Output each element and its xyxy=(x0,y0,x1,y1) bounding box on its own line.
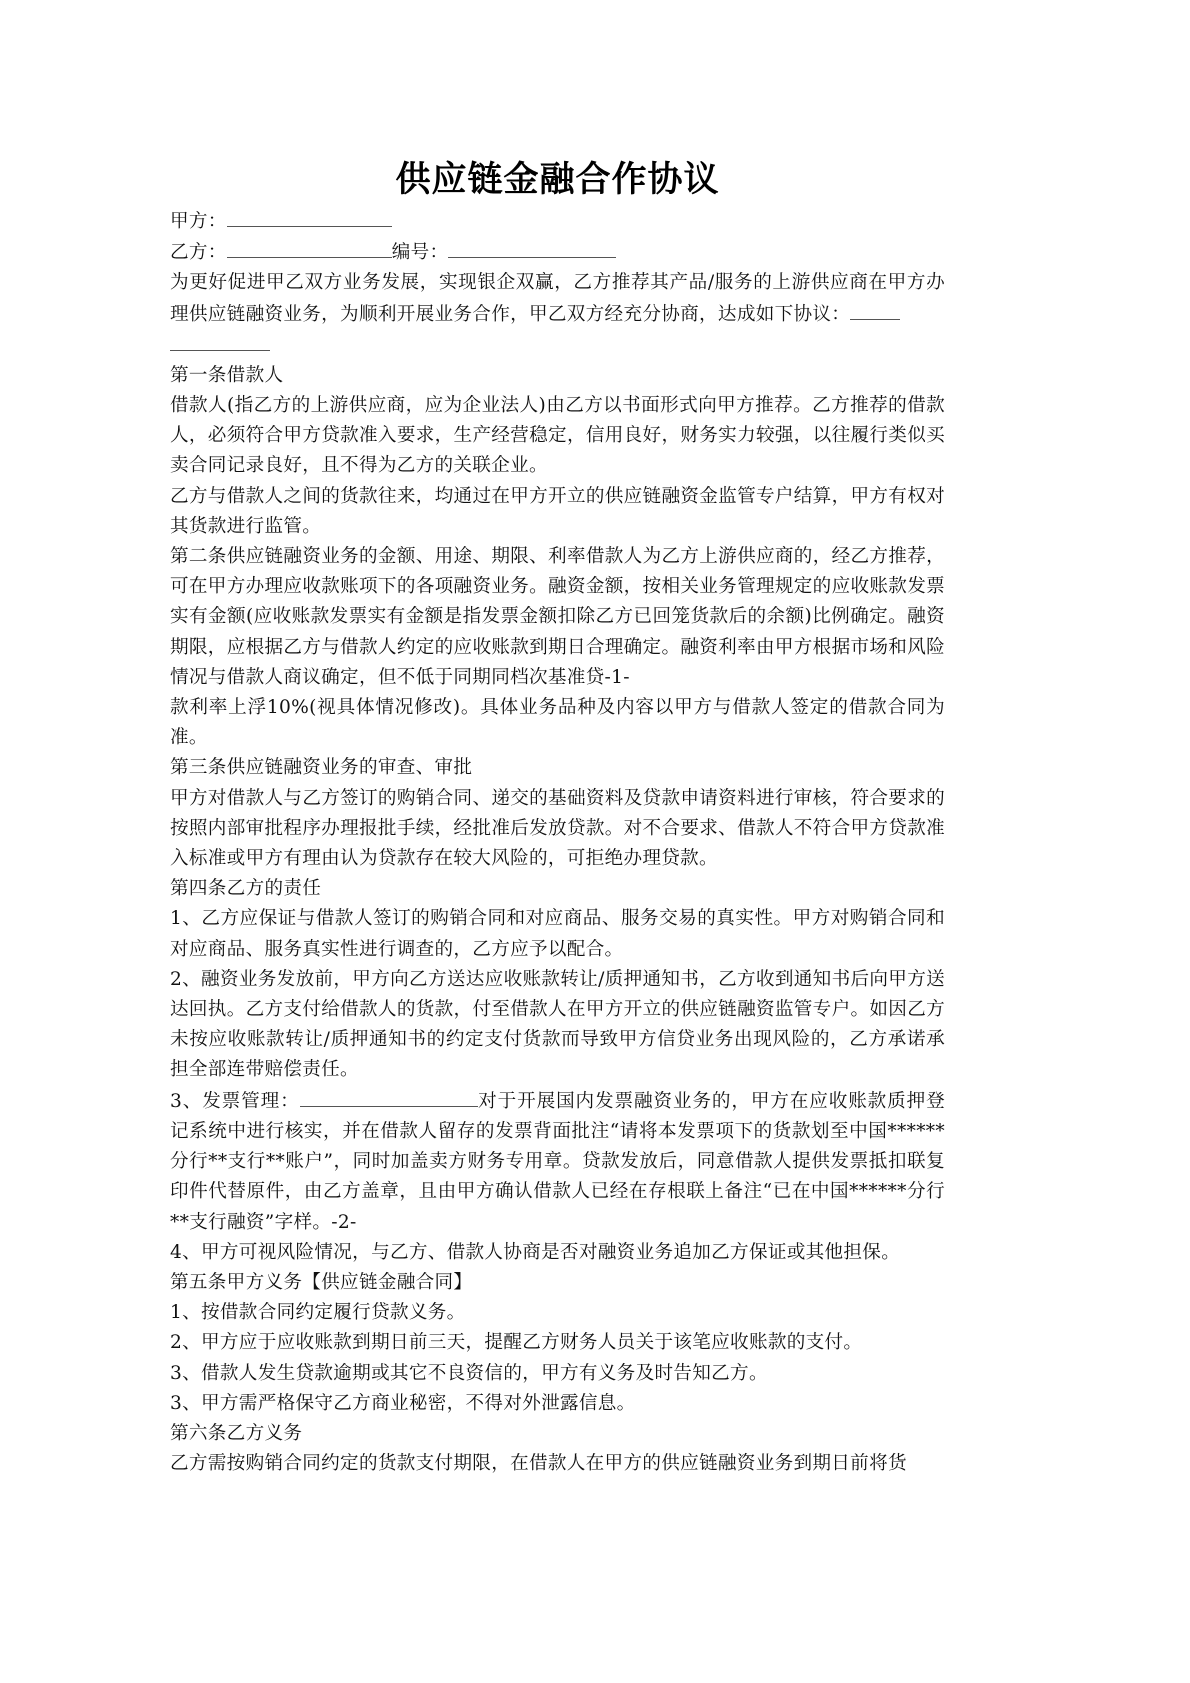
party-b-label: 乙方： xyxy=(170,242,227,263)
preamble-text: 为更好促进甲乙双方业务发展，实现银企双赢，乙方推荐其产品/服务的上游供应商在甲方… xyxy=(170,272,945,324)
section-3-paragraph-1: 甲方对借款人与乙方签订的购销合同、递交的基础资料及贷款申请资料进行审核，符合要求… xyxy=(170,784,945,875)
section-6-paragraph-1: 乙方需按购销合同约定的货款支付期限，在借款人在甲方的供应链融资业务到期日前将货 xyxy=(170,1449,945,1479)
party-a-line: 甲方： xyxy=(170,206,945,237)
section-5-item-1: 1、按借款合同约定履行贷款义务。 xyxy=(170,1298,945,1328)
invoice-blank[interactable] xyxy=(300,1086,478,1107)
party-a-label: 甲方： xyxy=(170,211,227,232)
number-label: 编号： xyxy=(392,242,449,263)
document-page: 供应链金融合作协议 甲方： 乙方：编号： 为更好促进甲乙双方业务发展，实现银企双… xyxy=(170,150,945,1479)
section-2-paragraph-1: 第二条供应链融资业务的金额、用途、期限、利率借款人为乙方上游供应商的，经乙方推荐… xyxy=(170,542,945,693)
section-6-heading: 第六条乙方义务 xyxy=(170,1419,945,1449)
section-5-heading: 第五条甲方义务【供应链金融合同】 xyxy=(170,1268,945,1298)
section-5-item-3: 3、借款人发生贷款逾期或其它不良资信的，甲方有义务及时告知乙方。 xyxy=(170,1359,945,1389)
party-b-line: 乙方：编号： xyxy=(170,237,945,268)
party-b-blank[interactable] xyxy=(227,237,392,258)
preamble: 为更好促进甲乙双方业务发展，实现银企双赢，乙方推荐其产品/服务的上游供应商在甲方… xyxy=(170,268,945,329)
preamble-blank[interactable] xyxy=(850,299,900,320)
document-title: 供应链金融合作协议 xyxy=(170,154,945,206)
section-2-heading: 第二条供应链融资业务的金额、用途、期限、利率 xyxy=(170,546,586,567)
section-4-item-1: 1、乙方应保证与借款人签订的购销合同和对应商品、服务交易的真实性。甲方对购销合同… xyxy=(170,904,945,964)
section-3-heading: 第三条供应链融资业务的审查、审批 xyxy=(170,753,945,783)
invoice-label: 3、发票管理： xyxy=(170,1091,300,1112)
section-1-paragraph-1: 借款人(指乙方的上游供应商，应为企业法人)由乙方以书面形式向甲方推荐。乙方推荐的… xyxy=(170,391,945,482)
section-4-item-2: 2、融资业务发放前，甲方向乙方送达应收账款转让/质押通知书，乙方收到通知书后向甲… xyxy=(170,965,945,1086)
section-2-paragraph-2: 款利率上浮10%(视具体情况修改)。具体业务品种及内容以甲方与借款人签定的借款合… xyxy=(170,693,945,753)
number-blank[interactable] xyxy=(448,237,616,258)
section-5-item-4: 3、甲方需严格保守乙方商业秘密，不得对外泄露信息。 xyxy=(170,1389,945,1419)
section-1-paragraph-2: 乙方与借款人之间的货款往来，均通过在甲方开立的供应链融资金监管专户结算，甲方有权… xyxy=(170,482,945,542)
section-1-heading: 第一条借款人 xyxy=(170,361,945,391)
section-4-heading: 第四条乙方的责任 xyxy=(170,874,945,904)
section-4-item-3: 3、发票管理：对于开展国内发票融资业务的，甲方在应收账款质押登记系统中进行核实，… xyxy=(170,1086,945,1238)
section-2-inline-text: 借款人为乙方上游供应商的，经乙方推荐，可在甲方办理应收款账项下的各项融资业务。融… xyxy=(170,546,945,688)
party-a-blank[interactable] xyxy=(227,206,392,227)
preamble-blank-continued[interactable] xyxy=(170,330,270,351)
section-4-item-4: 4、甲方可视风险情况，与乙方、借款人协商是否对融资业务追加乙方保证或其他担保。 xyxy=(170,1238,945,1268)
section-5-item-2: 2、甲方应于应收账款到期日前三天，提醒乙方财务人员关于该笔应收账款的支付。 xyxy=(170,1328,945,1358)
